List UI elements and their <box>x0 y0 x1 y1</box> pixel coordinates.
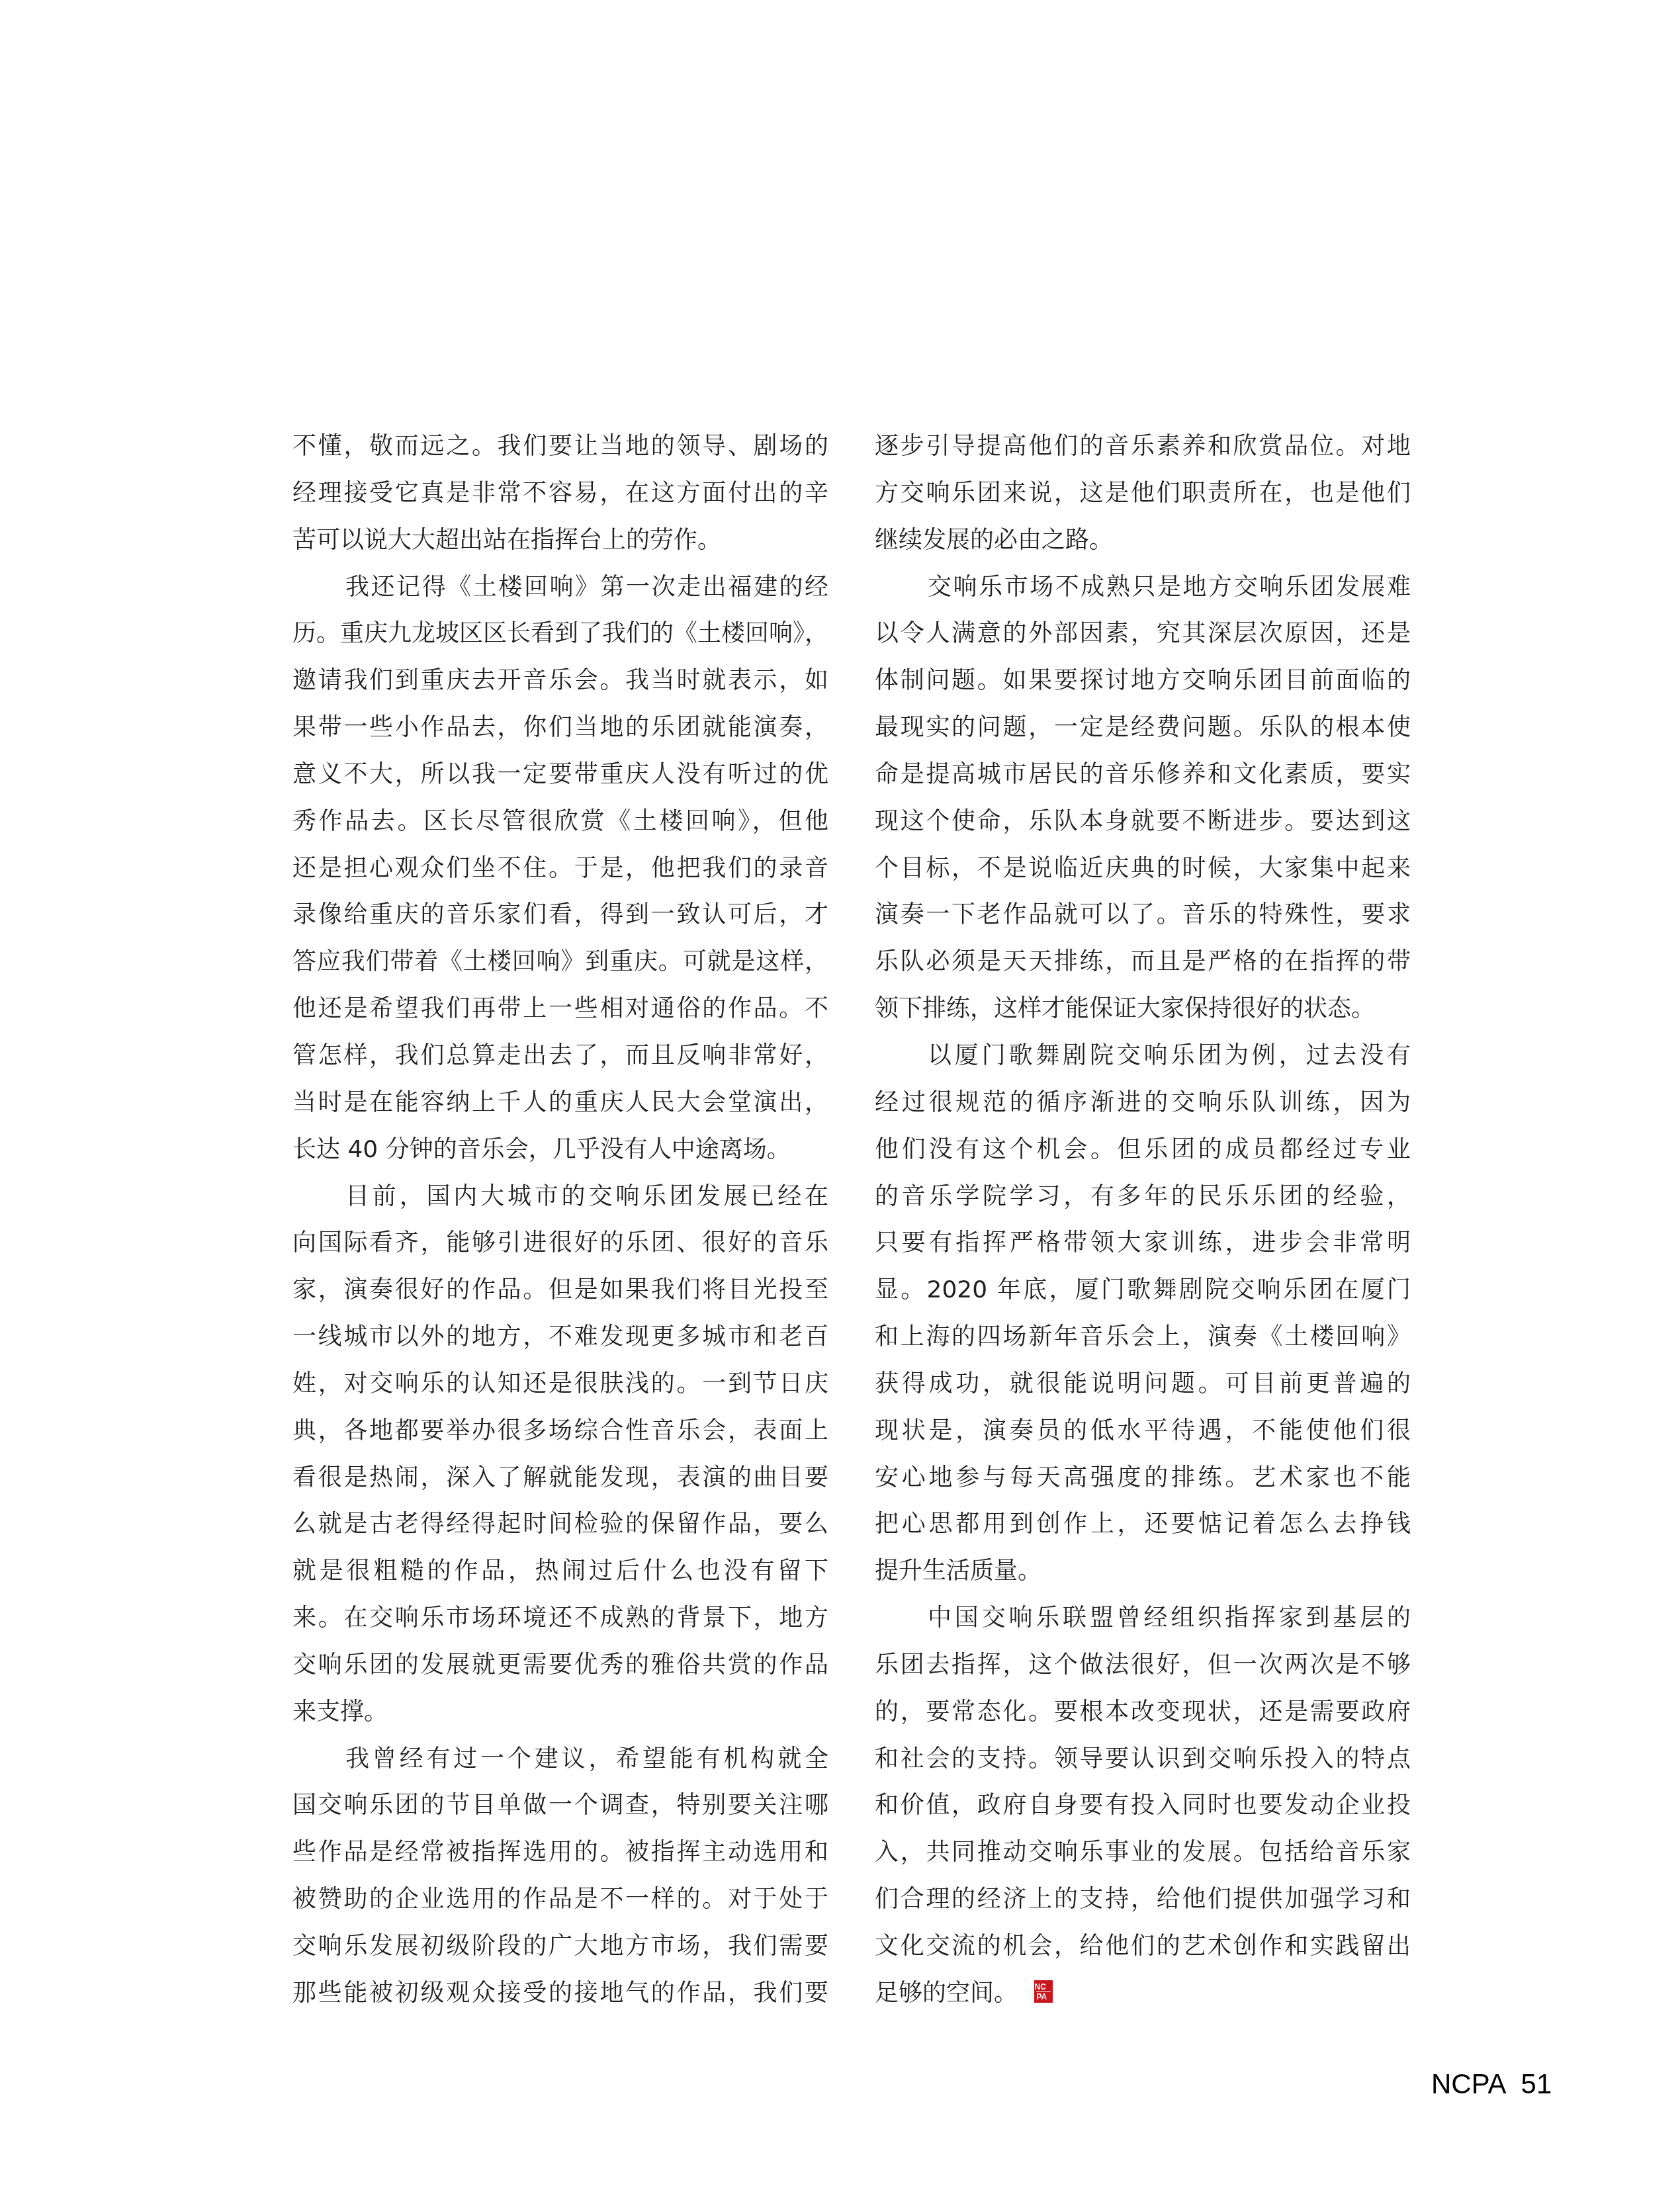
text-line: 些作品是经常被指挥选用的。被指挥主动选用和 <box>292 1829 828 1876</box>
line-text: 那些能被初级观众接受的接地气的作品，我们要 <box>292 1980 828 2007</box>
paragraph-first-line: 以厦门歌舞剧院交响乐团为例，过去没有 <box>875 1033 1411 1080</box>
line-text: 录像给重庆的音乐家们看，得到一致认可后，才 <box>292 901 828 928</box>
line-text: 不懂，敬而远之。我们要让当地的领导、剧场的 <box>292 433 828 460</box>
text-line: 意义不大，所以我一定要带重庆人没有听过的优 <box>292 752 828 799</box>
line-text: 乐队必须是天天排练，而且是严格的在指挥的带 <box>875 948 1411 975</box>
text-line: 就是很粗糙的作品，热闹过后什么也没有留下 <box>292 1548 828 1595</box>
text-line: 一线城市以外的地方，不难发现更多城市和老百 <box>292 1314 828 1361</box>
paragraph-first-line: 我还记得《土楼回响》第一次走出福建的经 <box>292 564 828 611</box>
text-line: 逐步引导提高他们的音乐素养和欣赏品位。对地 <box>875 423 1411 470</box>
line-text: 家，演奏很好的作品。但是如果我们将目光投至 <box>292 1276 828 1303</box>
line-text: 典，各地都要举办很多场综合性音乐会，表面上 <box>292 1417 828 1444</box>
line-text: 最现实的问题，一定是经费问题。乐队的根本使 <box>875 714 1411 741</box>
text-line: 和价值，政府自身要有投入同时也要发动企业投 <box>875 1782 1411 1829</box>
text-line: 经过很规范的循序渐进的交响乐队训练，因为 <box>875 1080 1411 1127</box>
line-text: 演奏一下老作品就可以了。音乐的特殊性，要求 <box>875 901 1411 928</box>
page-folio: NCPA51 <box>1431 2068 1552 2100</box>
text-line: 秀作品去。区长尽管很欣赏《土楼回响》，但他 <box>292 799 828 846</box>
text-line: 最现实的问题，一定是经费问题。乐队的根本使 <box>875 705 1411 752</box>
line-text: 入，共同推动交响乐事业的发展。包括给音乐家 <box>875 1839 1411 1866</box>
text-line: 和上海的四场新年音乐会上，演奏《土楼回响》 <box>875 1314 1411 1361</box>
magazine-page: 不懂，敬而远之。我们要让当地的领导、剧场的经理接受它真是非常不容易，在这方面付出… <box>0 0 1680 2188</box>
line-text: 个目标，不是说临近庆典的时候，大家集中起来 <box>875 855 1411 882</box>
text-line: 体制问题。如果要探讨地方交响乐团目前面临的 <box>875 658 1411 705</box>
line-text: 获得成功，就很能说明问题。可目前更普遍的 <box>875 1370 1411 1397</box>
line-text: 么就是古老得经得起时间检验的保留作品，要么 <box>292 1510 828 1538</box>
line-text: 目前，国内大城市的交响乐团发展已经在 <box>345 1183 828 1210</box>
line-text: 历。重庆九龙坡区区长看到了我们的《土楼回响》， <box>292 620 828 647</box>
line-text: 和社会的支持。领导要认识到交响乐投入的特点 <box>875 1745 1411 1772</box>
text-line: 提升生活质量。 <box>875 1548 1411 1595</box>
line-text: 一线城市以外的地方，不难发现更多城市和老百 <box>292 1323 828 1350</box>
text-line: 看很是热闹，深入了解就能发现，表演的曲目要 <box>292 1455 828 1502</box>
text-line: 国交响乐团的节目单做一个调查，特别要关注哪 <box>292 1782 828 1829</box>
line-text: 苦可以说大大超出站在指挥台上的劳作。 <box>292 527 721 554</box>
text-line: 的音乐学院学习，有多年的民乐乐团的经验， <box>875 1174 1411 1221</box>
line-text: 来。在交响乐市场环境还不成熟的背景下，地方 <box>292 1604 828 1632</box>
line-text: 秀作品去。区长尽管很欣赏《土楼回响》，但他 <box>292 808 828 835</box>
text-line: 长达 40 分钟的音乐会，几乎没有人中途离场。 <box>292 1127 828 1174</box>
text-line: 还是担心观众们坐不住。于是，他把我们的录音 <box>292 846 828 893</box>
text-line: 典，各地都要举办很多场综合性音乐会，表面上 <box>292 1408 828 1455</box>
line-text: 显。2020 年底，厦门歌舞剧院交响乐团在厦门 <box>875 1276 1411 1303</box>
line-text: 和上海的四场新年音乐会上，演奏《土楼回响》 <box>875 1323 1411 1350</box>
line-text: 向国际看齐，能够引进很好的乐团、很好的音乐 <box>292 1229 828 1256</box>
text-line: 录像给重庆的音乐家们看，得到一致认可后，才 <box>292 892 828 939</box>
line-text: 邀请我们到重庆去开音乐会。我当时就表示，如 <box>292 667 828 694</box>
line-text: 文化交流的机会，给他们的艺术创作和实践留出 <box>875 1933 1411 1960</box>
text-line: 获得成功，就很能说明问题。可目前更普遍的 <box>875 1361 1411 1408</box>
text-line: 家，演奏很好的作品。但是如果我们将目光投至 <box>292 1267 828 1314</box>
line-text: 姓，对交响乐的认知还是很肤浅的。一到节日庆 <box>292 1370 828 1397</box>
text-line: 历。重庆九龙坡区区长看到了我们的《土楼回响》， <box>292 611 828 658</box>
text-line: 经理接受它真是非常不容易，在这方面付出的辛 <box>292 470 828 517</box>
text-line: 苦可以说大大超出站在指挥台上的劳作。 <box>292 517 828 564</box>
line-text: 他还是希望我们再带上一些相对通俗的作品。不 <box>292 995 828 1022</box>
text-line: 当时是在能容纳上千人的重庆人民大会堂演出， <box>292 1080 828 1127</box>
line-text: 些作品是经常被指挥选用的。被指挥主动选用和 <box>292 1839 828 1866</box>
text-line: 命是提高城市居民的音乐修养和文化素质，要实 <box>875 752 1411 799</box>
paragraph-first-line: 中国交响乐联盟曾经组织指挥家到基层的 <box>875 1595 1411 1642</box>
line-text: 现这个使命，乐队本身就要不断进步。要达到这 <box>875 808 1411 835</box>
line-text: 逐步引导提高他们的音乐素养和欣赏品位。对地 <box>875 433 1411 460</box>
text-line: 个目标，不是说临近庆典的时候，大家集中起来 <box>875 846 1411 893</box>
right-text-column: 逐步引导提高他们的音乐素养和欣赏品位。对地方交响乐团来说，这是他们职责所在，也是… <box>875 423 1411 2017</box>
text-line: 现这个使命，乐队本身就要不断进步。要达到这 <box>875 799 1411 846</box>
line-text: 把心思都用到创作上，还要惦记着怎么去挣钱 <box>875 1510 1411 1538</box>
line-text: 交响乐团的发展就更需要优秀的雅俗共赏的作品 <box>292 1651 828 1679</box>
text-line: 演奏一下老作品就可以了。音乐的特殊性，要求 <box>875 892 1411 939</box>
left-text-column: 不懂，敬而远之。我们要让当地的领导、剧场的经理接受它真是非常不容易，在这方面付出… <box>292 423 828 2017</box>
text-line: 文化交流的机会，给他们的艺术创作和实践留出 <box>875 1923 1411 1970</box>
text-line: 他们没有这个机会。但乐团的成员都经过专业 <box>875 1127 1411 1174</box>
line-text: 以令人满意的外部因素，究其深层次原因，还是 <box>875 620 1411 647</box>
text-line: 不懂，敬而远之。我们要让当地的领导、剧场的 <box>292 423 828 470</box>
line-text: 管怎样，我们总算走出去了，而且反响非常好， <box>292 1042 828 1069</box>
line-text: 经理接受它真是非常不容易，在这方面付出的辛 <box>292 480 828 507</box>
line-text: 交响乐发展初级阶段的广大地方市场，我们需要 <box>292 1933 828 1960</box>
folio-brand: NCPA <box>1431 2068 1507 2099</box>
line-text: 提升生活质量。 <box>875 1557 1041 1585</box>
line-text: 方交响乐团来说，这是他们职责所在，也是他们 <box>875 480 1411 507</box>
text-line: 只要有指挥严格带领大家训练，进步会非常明 <box>875 1220 1411 1267</box>
line-text: 的，要常态化。要根本改变现状，还是需要政府 <box>875 1698 1411 1726</box>
line-text: 经过很规范的循序渐进的交响乐队训练，因为 <box>875 1089 1411 1116</box>
text-line: 么就是古老得经得起时间检验的保留作品，要么 <box>292 1501 828 1548</box>
line-text: 乐团去指挥，这个做法很好，但一次两次是不够 <box>875 1651 1411 1679</box>
text-line: 的，要常态化。要根本改变现状，还是需要政府 <box>875 1689 1411 1736</box>
text-line: 那些能被初级观众接受的接地气的作品，我们要 <box>292 1970 828 2017</box>
end-mark-line-2: PA <box>1036 1991 1051 2001</box>
page-number: 51 <box>1521 2068 1552 2099</box>
line-text: 现状是，演奏员的低水平待遇，不能使他们很 <box>875 1417 1411 1444</box>
line-text: 安心地参与每天高强度的排练。艺术家也不能 <box>875 1464 1411 1491</box>
text-line: 安心地参与每天高强度的排练。艺术家也不能 <box>875 1455 1411 1502</box>
line-text: 体制问题。如果要探讨地方交响乐团目前面临的 <box>875 667 1411 694</box>
line-text: 看很是热闹，深入了解就能发现，表演的曲目要 <box>292 1464 828 1491</box>
line-text: 就是很粗糙的作品，热闹过后什么也没有留下 <box>292 1557 828 1585</box>
text-line: 乐队必须是天天排练，而且是严格的在指挥的带 <box>875 939 1411 986</box>
text-line: 来。在交响乐市场环境还不成熟的背景下，地方 <box>292 1595 828 1642</box>
line-text: 以厦门歌舞剧院交响乐团为例，过去没有 <box>928 1042 1411 1069</box>
text-line: 们合理的经济上的支持，给他们提供加强学习和 <box>875 1876 1411 1923</box>
line-text: 领下排练，这样才能保证大家保持很好的状态。 <box>875 995 1375 1022</box>
line-text: 当时是在能容纳上千人的重庆人民大会堂演出， <box>292 1089 828 1116</box>
text-line: 和社会的支持。领导要认识到交响乐投入的特点 <box>875 1736 1411 1783</box>
line-text: 命是提高城市居民的音乐修养和文化素质，要实 <box>875 761 1411 788</box>
text-line: 把心思都用到创作上，还要惦记着怎么去挣钱 <box>875 1501 1411 1548</box>
text-line: 显。2020 年底，厦门歌舞剧院交响乐团在厦门 <box>875 1267 1411 1314</box>
text-line: 邀请我们到重庆去开音乐会。我当时就表示，如 <box>292 658 828 705</box>
line-text: 继续发展的必由之路。 <box>875 527 1113 554</box>
text-line: 他还是希望我们再带上一些相对通俗的作品。不 <box>292 986 828 1033</box>
text-line: 姓，对交响乐的认知还是很肤浅的。一到节日庆 <box>292 1361 828 1408</box>
line-text: 们合理的经济上的支持，给他们提供加强学习和 <box>875 1886 1411 1913</box>
line-text: 被赞助的企业选用的作品是不一样的。对于处于 <box>292 1886 828 1913</box>
text-line: 被赞助的企业选用的作品是不一样的。对于处于 <box>292 1876 828 1923</box>
line-text: 还是担心观众们坐不住。于是，他把我们的录音 <box>292 855 828 882</box>
text-line: 以令人满意的外部因素，究其深层次原因，还是 <box>875 611 1411 658</box>
line-text: 我曾经有过一个建议，希望能有机构就全 <box>345 1745 828 1772</box>
text-line: 答应我们带着《土楼回响》到重庆。可就是这样， <box>292 939 828 986</box>
line-text: 的音乐学院学习，有多年的民乐乐团的经验， <box>875 1183 1411 1210</box>
line-text: 果带一些小作品去，你们当地的乐团就能演奏， <box>292 714 828 741</box>
ncpa-end-mark-icon: NC PA <box>1034 1980 1053 2003</box>
line-text: 长达 40 分钟的音乐会，几乎没有人中途离场。 <box>292 1136 791 1163</box>
text-line: 足够的空间。 NC PA <box>875 1970 1411 2017</box>
text-line: 乐团去指挥，这个做法很好，但一次两次是不够 <box>875 1642 1411 1689</box>
paragraph-first-line: 交响乐市场不成熟只是地方交响乐团发展难 <box>875 564 1411 611</box>
end-mark-line-1: NC <box>1034 1982 1053 1991</box>
text-line: 来支撑。 <box>292 1689 828 1736</box>
text-line: 继续发展的必由之路。 <box>875 517 1411 564</box>
text-line: 交响乐发展初级阶段的广大地方市场，我们需要 <box>292 1923 828 1970</box>
line-text: 足够的空间。 <box>875 1980 1018 2007</box>
text-line: 入，共同推动交响乐事业的发展。包括给音乐家 <box>875 1829 1411 1876</box>
line-text: 只要有指挥严格带领大家训练，进步会非常明 <box>875 1229 1411 1256</box>
line-text: 答应我们带着《土楼回响》到重庆。可就是这样， <box>292 948 828 975</box>
text-line: 交响乐团的发展就更需要优秀的雅俗共赏的作品 <box>292 1642 828 1689</box>
text-line: 果带一些小作品去，你们当地的乐团就能演奏， <box>292 705 828 752</box>
paragraph-first-line: 目前，国内大城市的交响乐团发展已经在 <box>292 1174 828 1221</box>
line-text: 我还记得《土楼回响》第一次走出福建的经 <box>345 574 828 601</box>
text-line: 领下排练，这样才能保证大家保持很好的状态。 <box>875 986 1411 1033</box>
line-text: 交响乐市场不成熟只是地方交响乐团发展难 <box>928 574 1411 601</box>
text-line: 管怎样，我们总算走出去了，而且反响非常好， <box>292 1033 828 1080</box>
text-line: 方交响乐团来说，这是他们职责所在，也是他们 <box>875 470 1411 517</box>
text-line: 现状是，演奏员的低水平待遇，不能使他们很 <box>875 1408 1411 1455</box>
line-text: 和价值，政府自身要有投入同时也要发动企业投 <box>875 1792 1411 1819</box>
line-text: 中国交响乐联盟曾经组织指挥家到基层的 <box>928 1604 1411 1632</box>
paragraph-first-line: 我曾经有过一个建议，希望能有机构就全 <box>292 1736 828 1783</box>
line-text: 意义不大，所以我一定要带重庆人没有听过的优 <box>292 761 828 788</box>
text-line: 向国际看齐，能够引进很好的乐团、很好的音乐 <box>292 1220 828 1267</box>
line-text: 他们没有这个机会。但乐团的成员都经过专业 <box>875 1136 1411 1163</box>
line-text: 国交响乐团的节目单做一个调查，特别要关注哪 <box>292 1792 828 1819</box>
line-text: 来支撑。 <box>292 1698 388 1726</box>
